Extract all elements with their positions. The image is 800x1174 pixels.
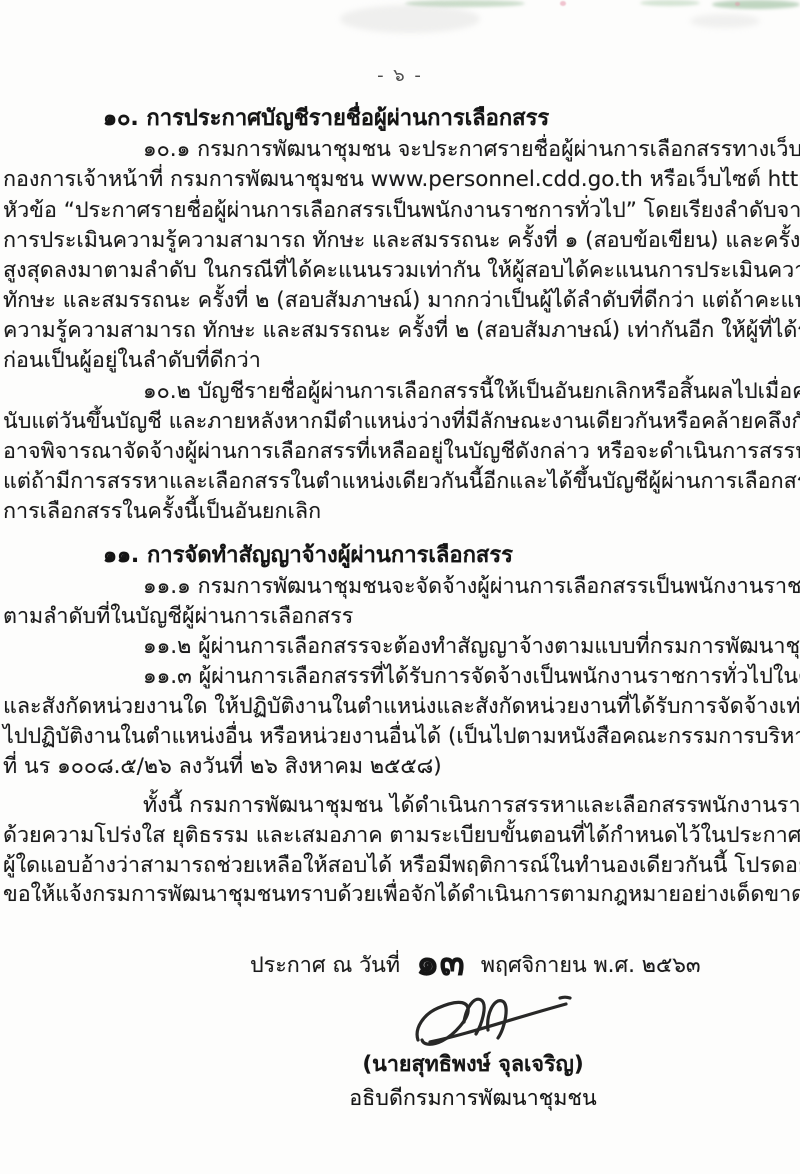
doc-line: นับแต่วันขึ้นบัญชี และภายหลังหากมีตำแหน่… <box>3 407 800 437</box>
doc-line: ที่ นร ๑๐๐๘.๕/๒๖ ลงวันที่ ๒๖ สิงหาคม ๒๕๕… <box>3 752 442 782</box>
doc-line: สูงสุดลงมาตามลำดับ ในกรณีที่ได้คะแนนรวมเ… <box>3 256 800 286</box>
issued-day-handwritten: ๑๓ <box>416 933 465 992</box>
issued-date-line: ประกาศ ณ วันที่๑๓พฤศจิกายน พ.ศ. ๒๕๖๓ <box>250 930 701 989</box>
doc-line: อาจพิจารณาจัดจ้างผู้ผ่านการเลือกสรรที่เห… <box>3 437 800 467</box>
scan-artifact <box>690 14 760 28</box>
signatory-name: (นายสุทธิพงษ์ จุลเจริญ) <box>318 1050 628 1080</box>
doc-line: แต่ถ้ามีการสรรหาและเลือกสรรในตำแหน่งเดีย… <box>3 467 800 497</box>
doc-line: ก่อนเป็นผู้อยู่ในลำดับที่ดีกว่า <box>3 346 261 376</box>
scan-artifact <box>640 0 700 6</box>
scan-artifact <box>340 5 480 33</box>
doc-line: ขอให้แจ้งกรมการพัฒนาชุมชนทราบด้วยเพื่อจั… <box>3 880 800 910</box>
doc-line: กองการเจ้าหน้าที่ กรมการพัฒนาชุมชน www.p… <box>3 165 800 195</box>
signatory-title: อธิบดีกรมการพัฒนาชุมชน <box>318 1084 628 1114</box>
scan-artifact <box>560 1 566 6</box>
section-11-heading: ๑๑. การจัดทำสัญญาจ้างผู้ผ่านการเลือกสรร <box>103 541 513 571</box>
doc-line: ๑๐.๑ กรมการพัฒนาชุมชน จะประกาศรายชื่อผู้… <box>143 135 800 165</box>
doc-line: ๑๐.๒ บัญชีรายชื่อผู้ผ่านการเลือกสรรนี้ให… <box>143 377 800 407</box>
scan-artifact <box>735 2 740 6</box>
signatory-block: (นายสุทธิพงษ์ จุลเจริญ) อธิบดีกรมการพัฒน… <box>318 1050 628 1114</box>
issued-date-prefix: ประกาศ ณ วันที่ <box>250 953 400 978</box>
scan-artifact <box>712 0 800 9</box>
doc-line: ทั้งนี้ กรมการพัฒนาชุมชน ได้ดำเนินการสรร… <box>143 791 800 821</box>
doc-line: ด้วยความโปร่งใส ยุติธรรม และเสมอภาค ตามร… <box>3 821 800 851</box>
doc-line: หัวข้อ “ประกาศรายชื่อผู้ผ่านการเลือกสรรเ… <box>3 196 800 226</box>
scanned-document-page: - ๖ - ๑๐. การประกาศบัญชีรายชื่อผู้ผ่านกา… <box>0 0 800 1174</box>
scan-artifact <box>405 0 525 7</box>
doc-line: ผู้ใดแอบอ้างว่าสามารถช่วยเหลือให้สอบได้ … <box>3 851 800 881</box>
doc-line: ไปปฏิบัติงานในตำแหน่งอื่น หรือหน่วยงานอื… <box>3 722 800 752</box>
doc-line: ๑๑.๒ ผู้ผ่านการเลือกสรรจะต้องทำสัญญาจ้าง… <box>143 632 800 662</box>
doc-line: การเลือกสรรในครั้งนี้เป็นอันยกเลิก <box>3 497 321 527</box>
doc-line: ๑๑.๓ ผู้ผ่านการเลือกสรรที่ได้รับการจัดจ้… <box>143 662 800 692</box>
issued-date-rest: พฤศจิกายน พ.ศ. ๒๕๖๓ <box>481 953 701 978</box>
doc-line: ความรู้ความสามารถ ทักษะ และสมรรถนะ ครั้ง… <box>3 316 800 346</box>
doc-line: การประเมินความรู้ความสามารถ ทักษะ และสมร… <box>3 226 800 256</box>
doc-line: ๑๑.๑ กรมการพัฒนาชุมชนจะจัดจ้างผู้ผ่านการ… <box>143 572 800 602</box>
section-10-heading: ๑๐. การประกาศบัญชีรายชื่อผู้ผ่านการเลือก… <box>103 104 549 134</box>
page-number: - ๖ - <box>0 60 800 89</box>
doc-line: และสังกัดหน่วยงานใด ให้ปฏิบัติงานในตำแหน… <box>3 692 800 722</box>
doc-line: ตามลำดับที่ในบัญชีผู้ผ่านการเลือกสรร <box>3 602 353 632</box>
doc-line: ทักษะ และสมรรถนะ ครั้งที่ ๒ (สอบสัมภาษณ์… <box>3 286 800 316</box>
